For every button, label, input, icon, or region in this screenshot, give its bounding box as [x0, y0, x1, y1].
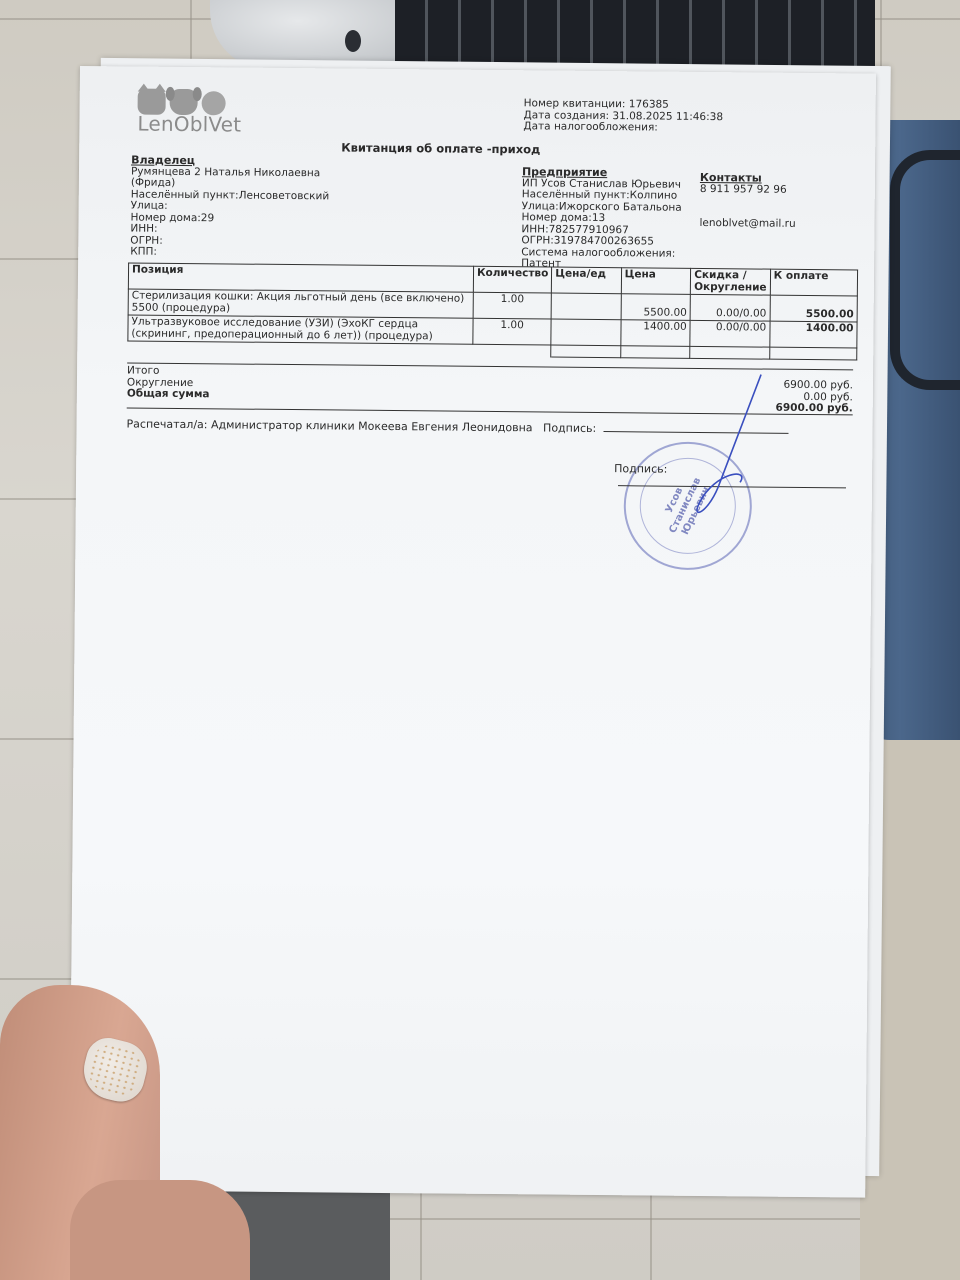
- row-qty: 1.00: [473, 292, 552, 319]
- col-position: Позиция: [128, 263, 473, 292]
- row-position: Стерилизация кошки: Акция льготный день …: [128, 289, 473, 318]
- owner-house: Номер дома:29: [130, 212, 329, 225]
- row-qty: 1.00: [473, 318, 552, 345]
- carrier-grille: [395, 0, 875, 70]
- col-discount: Скидка / Округление: [691, 268, 771, 295]
- row-unit-price: [551, 293, 621, 320]
- items-table: Позиция Количество Цена/ед Цена Скидка /…: [127, 262, 858, 360]
- row-discount: 0.00/0.00: [690, 294, 770, 321]
- logo: LenOblVet: [137, 89, 241, 131]
- dog-icon: [170, 89, 198, 115]
- thumb: [70, 1180, 250, 1280]
- col-price: Цена: [621, 268, 691, 295]
- row-price: 5500.00: [621, 294, 691, 321]
- col-quantity: Количество: [473, 266, 552, 293]
- row-to-pay: 1400.00: [770, 321, 858, 348]
- contact-email: lenoblvet@mail.ru: [699, 218, 795, 230]
- signature-label: Подпись:: [543, 421, 596, 435]
- contact-phone: 8 911 957 92 96: [700, 183, 796, 195]
- receipt-paper: LenOblVet Номер квитанции: 176385 Дата с…: [69, 66, 876, 1198]
- logo-text: LenOblVet: [137, 119, 241, 131]
- row-price: 1400.00: [621, 320, 691, 347]
- owner-kpp: КПП:: [130, 246, 329, 259]
- contacts-block: Контакты 8 911 957 92 96 lenoblvet@mail.…: [699, 172, 796, 230]
- row-discount: 0.00/0.00: [690, 320, 770, 347]
- smiley-icon: [202, 91, 226, 115]
- handwritten-signature: [679, 372, 801, 553]
- col-to-pay: К оплате: [770, 269, 858, 296]
- printed-by: Распечатал/а: Администратор клиники Моке…: [127, 417, 533, 434]
- row-unit-price: [551, 319, 621, 346]
- organization-block: Предприятие ИП Усов Станислав Юрьевич На…: [521, 166, 682, 271]
- tax-date: Дата налогообложения:: [523, 121, 723, 134]
- signature-label-2: Подпись:: [614, 462, 667, 476]
- row-to-pay: 5500.00: [770, 295, 858, 322]
- row-position: Ультразвуковое исследование (УЗИ) (ЭхоКГ…: [128, 315, 473, 344]
- receipt-meta: Номер квитанции: 176385 Дата создания: 3…: [523, 98, 723, 134]
- owner-ogrn: ОГРН:: [130, 235, 329, 248]
- col-unit-price: Цена/ед: [552, 267, 622, 294]
- total-label: Общая сумма: [127, 388, 210, 400]
- document-title: Квитанция об оплате -приход: [341, 143, 540, 156]
- owner-block: Владелец Румянцева 2 Наталья Николаевна …: [130, 154, 329, 259]
- cat-icon: [138, 89, 166, 115]
